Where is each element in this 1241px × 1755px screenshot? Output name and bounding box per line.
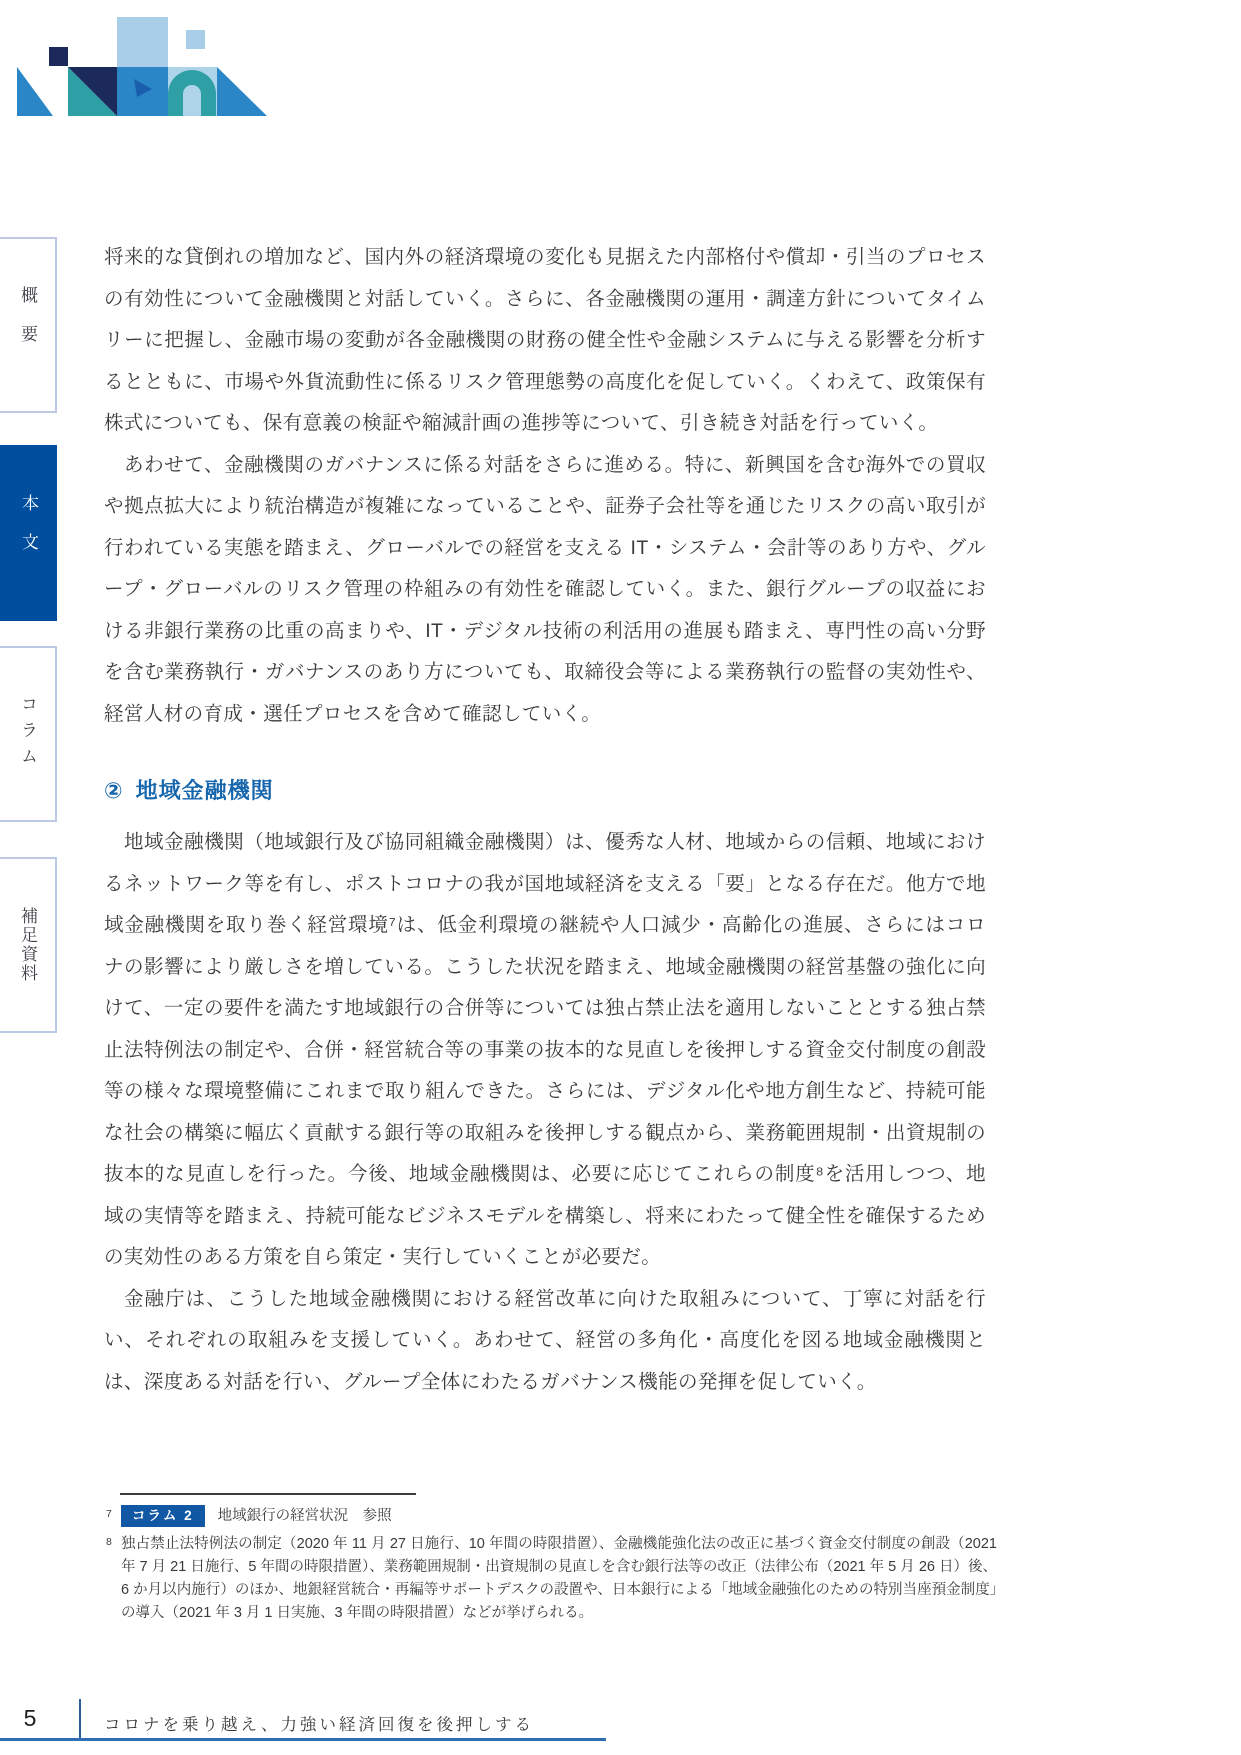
sidebar-tab-main-text[interactable]: 本文 [0,445,57,621]
chapter-title: コロナを乗り越え、力強い経済回復を後押しする [104,1711,534,1735]
footnote-text: 地域銀行の経営状況 参照 [218,1508,392,1524]
body-paragraph: 将来的な貸倒れの増加など、国内外の経済環境の変化も見据えた内部格付や償却・引当の… [104,237,986,445]
footnote-marker: 7 [106,1502,112,1526]
section-heading: ②地域金融機関 [104,775,986,807]
sidebar-tab-label: 本文 [20,494,37,572]
sidebar-tab-label: 概要 [19,286,36,364]
section-number: ② [104,778,124,803]
page-number: 5 [14,1705,46,1732]
footer-divider [79,1699,81,1740]
section-title: 地域金融機関 [136,778,274,803]
footer-accent-line [0,1738,606,1741]
body-paragraph: 地域金融機関（地域銀行及び協同組織金融機関）は、優秀な人材、地域からの信頼、地域… [104,822,986,1279]
footnote-text: 独占禁止法特例法の制定（2020 年 11 月 27 日施行、10 年間の時限措… [121,1536,997,1621]
sidebar-tab-overview[interactable]: 概要 [0,237,57,413]
footnote-marker: 8 [106,1531,112,1554]
body-paragraph: あわせて、金融機関のガバナンスに係る対話をさらに進める。特に、新興国を含む海外で… [104,445,986,736]
sidebar-tab-supplementary[interactable]: 補足資料 [0,857,57,1033]
sidebar-tab-label: コラム [19,695,36,773]
footnote-7: 7 コラム 2 地域銀行の経営状況 参照 [104,1504,997,1528]
sidebar-tab-label: 補足資料 [19,907,36,983]
body-paragraph: 金融庁は、こうした地域金融機関における経営改革に向けた取組みについて、丁寧に対話… [104,1279,986,1404]
sidebar-tab-column[interactable]: コラム [0,646,57,822]
footnotes: 7 コラム 2 地域銀行の経営状況 参照 8 独占禁止法特例法の制定（2020 … [104,1504,997,1625]
main-text-column: 将来的な貸倒れの増加など、国内外の経済環境の変化も見据えた内部格付や償却・引当の… [104,237,986,1403]
document-page: 概要 本文 コラム 補足資料 将来的な貸倒れの増加など、国内外の経済環境の変化も… [0,0,1241,1755]
agency-logo [17,17,269,117]
footnote-8: 8 独占禁止法特例法の制定（2020 年 11 月 27 日施行、10 年間の時… [104,1533,997,1625]
footnote-separator [120,1493,416,1495]
column-2-badge[interactable]: コラム 2 [121,1505,205,1527]
